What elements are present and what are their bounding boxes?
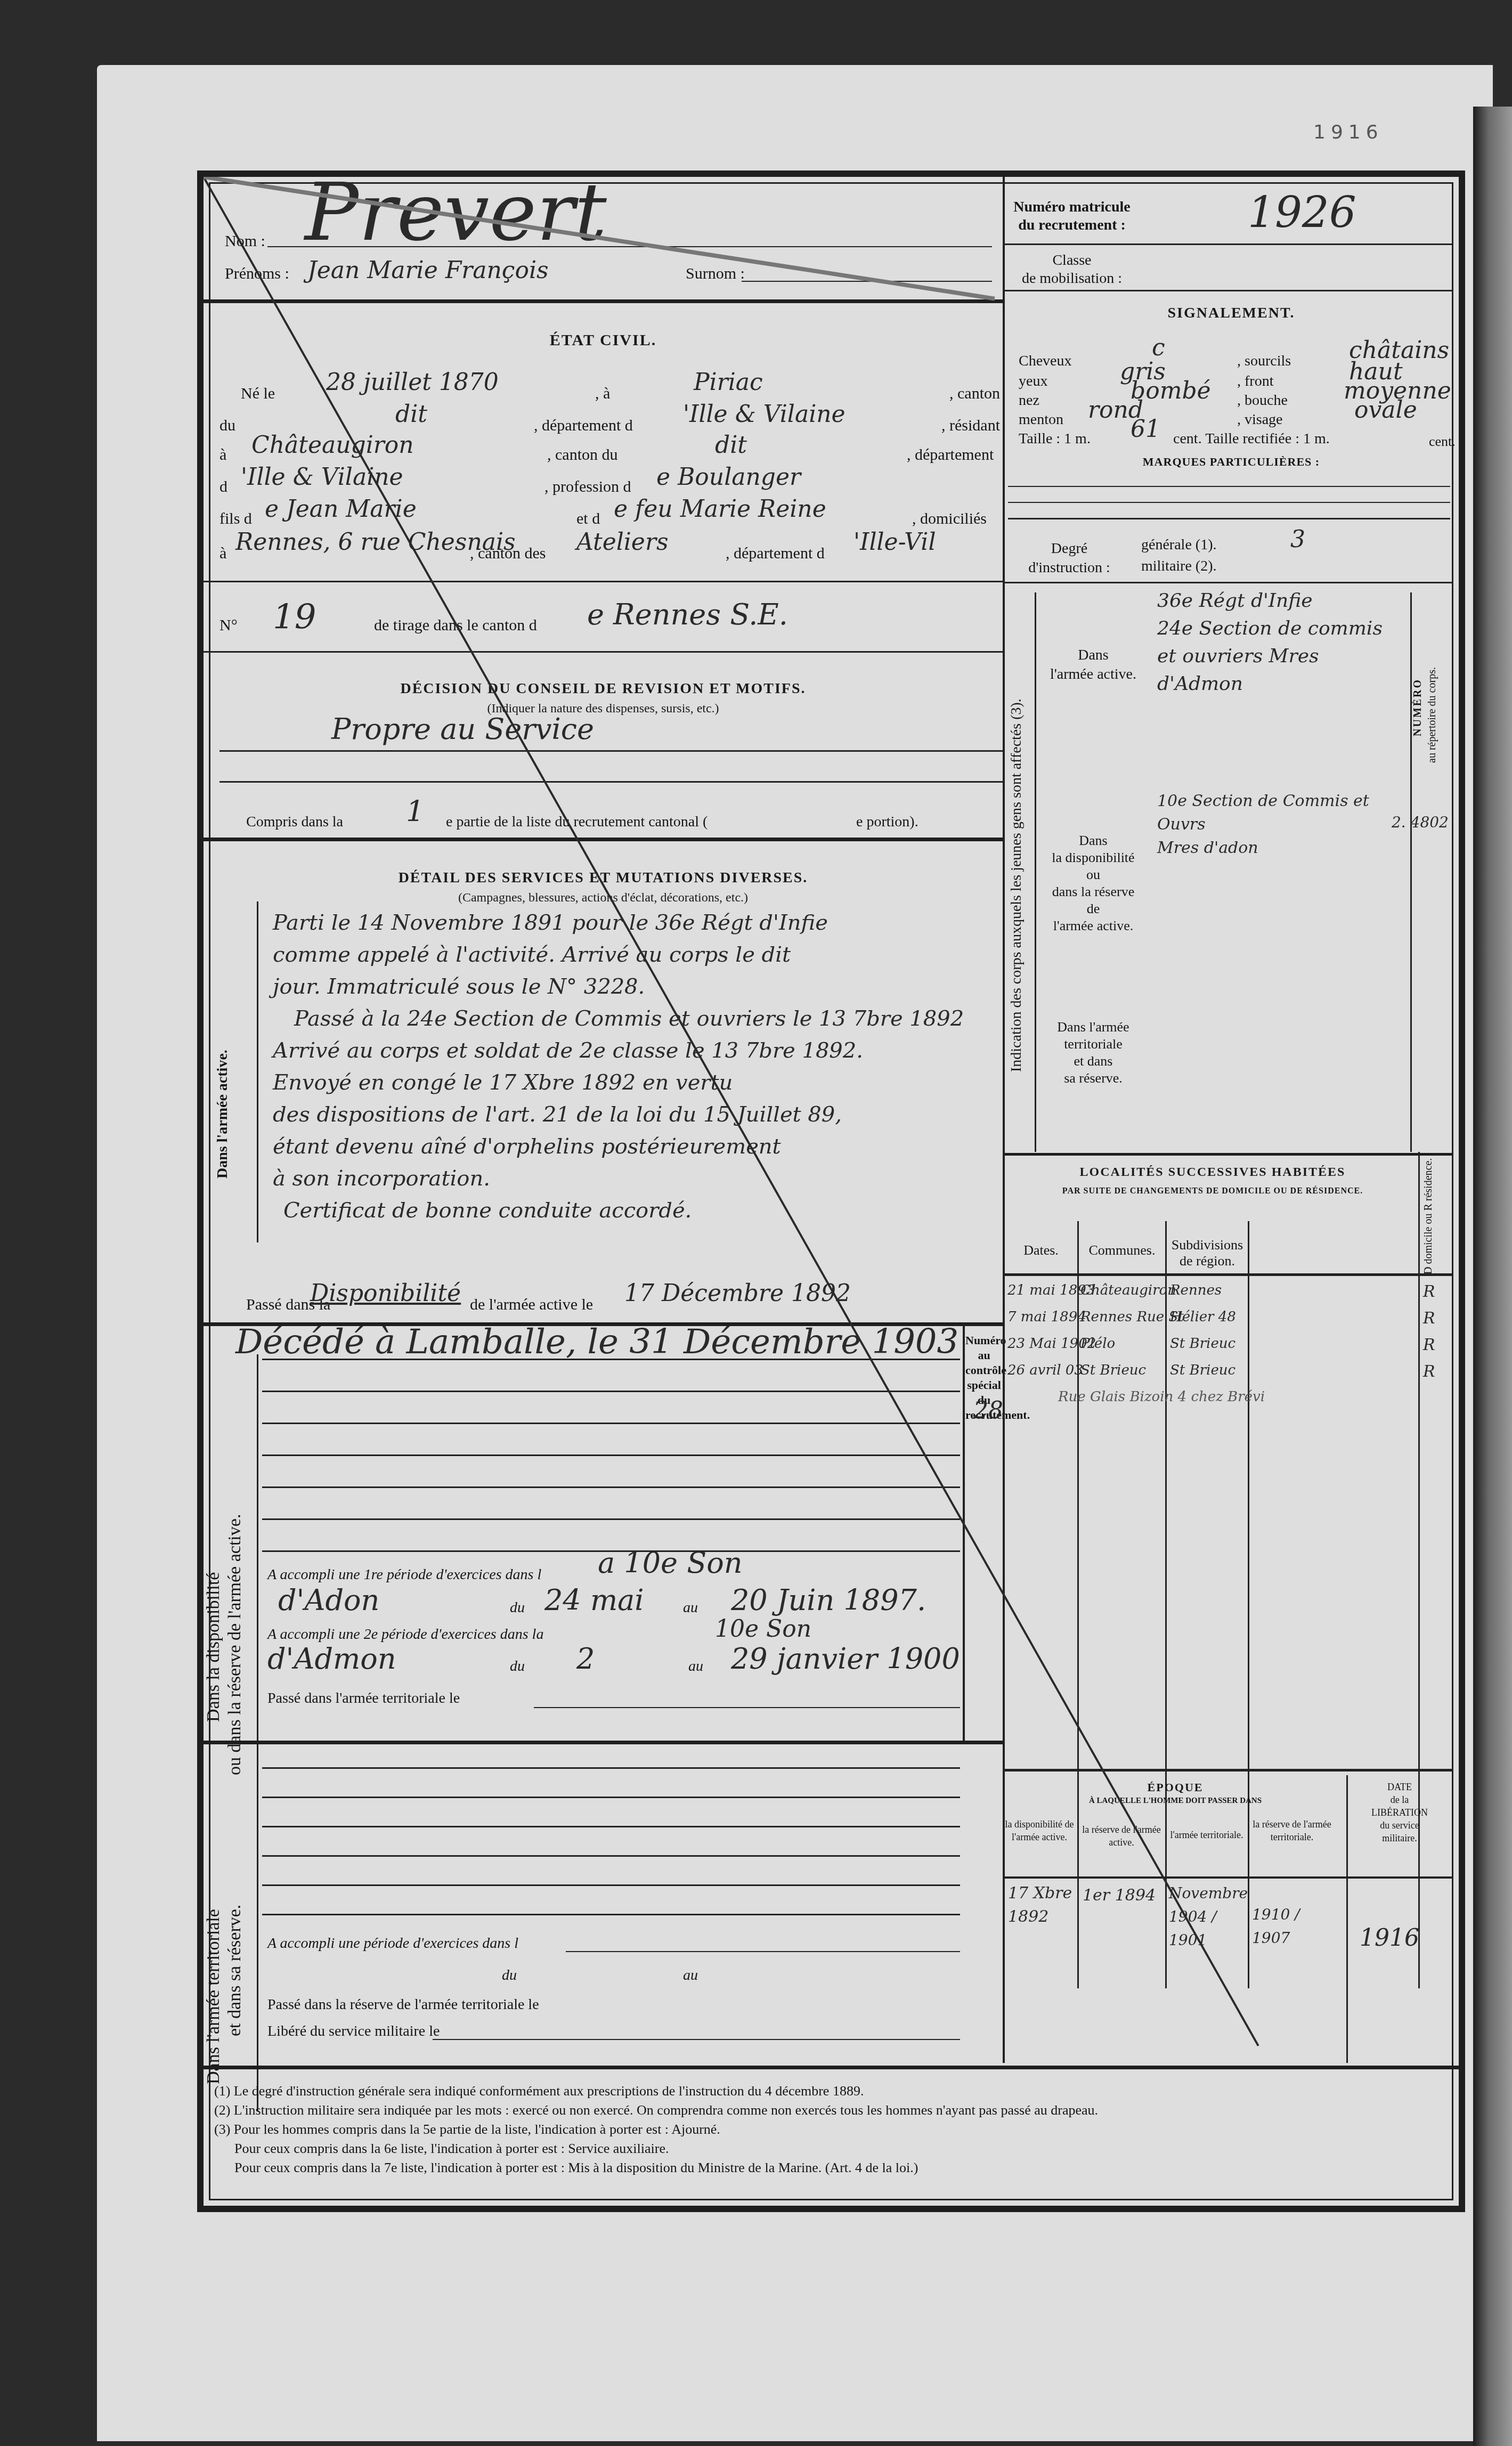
canton-domicile: Ateliers — [576, 529, 669, 556]
residence: Châteaugiron — [251, 432, 414, 459]
profession: e Boulanger — [656, 464, 801, 491]
canton-du-label: , canton du — [547, 446, 617, 464]
localites-subtitle: PAR SUITE DE CHANGEMENTS DE DOMICILE OU … — [1005, 1187, 1420, 1196]
generale-label: générale (1). — [1141, 537, 1216, 554]
classe-label: Classe de mobilisation : — [1008, 251, 1136, 288]
period2-label: A accompli une 2e période d'exercices da… — [267, 1626, 543, 1643]
d-label: d — [220, 478, 227, 496]
epoque-subtitle: À LAQUELLE L'HOMME DOIT PASSER DANS — [1005, 1797, 1346, 1806]
lieu-naissance: Piriac — [694, 369, 763, 396]
departement-residence: 'Ille & Vilaine — [241, 464, 403, 491]
terr-au-label: au — [683, 1967, 698, 1984]
prenoms-value: Jean Marie François — [307, 257, 549, 284]
epoque-col-reserve-active: la réserve de l'armée active. — [1079, 1823, 1164, 1849]
signalement-title: SIGNALEMENT. — [1005, 305, 1458, 322]
liberation-value: 1916 — [1360, 1924, 1419, 1952]
visage-label: , visage — [1237, 411, 1283, 428]
table-row: 26 avril 03 St Brieuc St Brieuc R — [1005, 1362, 1452, 1389]
side-label-terr-1: Dans l'armée territoriale — [204, 1909, 224, 2084]
side-label-active: Dans l'armée active. — [214, 1050, 231, 1179]
canton-naissance: dit — [395, 401, 427, 428]
register-form: Prevert Nom : Prénoms : Jean Marie Franç… — [197, 170, 1465, 2212]
side-label-dispo-1: Dans la disponibilité — [204, 1572, 224, 1722]
service-line: Arrivé au corps et soldat de 2e classe l… — [273, 1035, 997, 1067]
marques-label: MARQUES PARTICULIÈRES : — [1005, 455, 1458, 469]
cheveux-value: c — [1152, 334, 1165, 361]
service-line: jour. Immatriculé sous le N° 3228. — [273, 971, 997, 1003]
passe-value: Disponibilité — [310, 1280, 461, 1307]
epoque-col-dispo: la disponibilité de l'armée active. — [1005, 1818, 1074, 1843]
controle-value: 28 — [973, 1397, 1003, 1424]
matricule-value: 1926 — [1248, 188, 1356, 237]
footnote: Pour ceux compris dans la 6e liste, l'in… — [214, 2139, 1450, 2158]
period2-du-label: du — [510, 1658, 525, 1675]
domicile-a-label: à — [220, 545, 226, 563]
footnote: Pour ceux compris dans la 7e liste, l'in… — [214, 2158, 1450, 2177]
terr-du-label: du — [502, 1967, 517, 1984]
services-lines: Parti le 14 Novembre 1891 pour le 36e Ré… — [273, 907, 997, 1226]
decision-subtitle: (Indiquer la nature des dispenses, sursi… — [204, 702, 1003, 716]
departement2-label: , département — [907, 446, 994, 464]
numero-repertoire-label-1: NUMÉRO — [1412, 678, 1424, 736]
decision-title: DÉCISION DU CONSEIL DE REVISION ET MOTIF… — [204, 680, 1003, 697]
compris-label: Compris dans la — [246, 814, 343, 831]
etat-civil-title: ÉTAT CIVIL. — [204, 331, 1003, 350]
col-dr: D domicile ou R résidence. — [1422, 1189, 1435, 1274]
table-row: 21 mai 1893 Châteaugiron Rennes R — [1005, 1282, 1452, 1309]
terr-reserve-label: Passé dans la réserve de l'armée territo… — [267, 1996, 539, 2013]
corps-active-label: Dans l'armée active. — [1040, 646, 1147, 684]
period1-du-label: du — [510, 1599, 525, 1616]
corps-active-line: et ouvriers Mres d'Admon — [1157, 643, 1402, 698]
localites-title: LOCALITÉS SUCCESSIVES HABITÉES — [1005, 1165, 1420, 1180]
yeux-label: yeux — [1019, 373, 1047, 390]
menton-label: menton — [1019, 411, 1063, 428]
visage-value: ovale — [1354, 396, 1417, 424]
period2-corps: 10e Son — [715, 1615, 811, 1643]
service-line: Envoyé en congé le 17 Xbre 1892 en vertu — [273, 1067, 997, 1099]
epoque-col-territoriale: l'armée territoriale. — [1167, 1829, 1247, 1841]
no-label: N° — [220, 616, 238, 635]
generale-value: 3 — [1290, 526, 1305, 553]
service-line: des dispositions de l'art. 21 de la loi … — [273, 1099, 997, 1131]
epoque-col-reserve-terr: la réserve de l'armée territoriale. — [1249, 1818, 1335, 1843]
militaire-label: militaire (2). — [1141, 558, 1217, 575]
terr-period-label: A accompli une période d'exercices dans … — [267, 1935, 518, 1952]
terr-libere-label: Libéré du service militaire le — [267, 2023, 440, 2040]
corps-active-line: 24e Section de commis — [1157, 615, 1402, 643]
services-subtitle: (Campagnes, blessures, actions d'éclat, … — [204, 891, 1003, 905]
localites-table: 21 mai 1893 Châteaugiron Rennes R 7 mai … — [1005, 1282, 1452, 1416]
du-label: du — [220, 417, 235, 435]
departement3-label: , département d — [726, 545, 825, 563]
period2-corps2: d'Admon — [267, 1642, 396, 1676]
period1-du: 24 mai — [544, 1583, 644, 1617]
table-row: 7 mai 1894 Rennes Rue St Hélier 48 R — [1005, 1309, 1452, 1336]
period1-corps: a 10e Son — [598, 1546, 742, 1580]
cent2-label: cent. — [1429, 434, 1456, 450]
taille-label: Taille : 1 m. — [1019, 430, 1091, 448]
cent-label: cent. Taille rectifiée : 1 m. — [1173, 430, 1330, 448]
nom-label: Nom : — [225, 232, 265, 250]
corps-dispo-line: Mres d'adon — [1157, 836, 1402, 860]
corps-dispo-line: 10e Section de Commis et Ouvrs — [1157, 790, 1402, 836]
col-subdivisions: Subdivisions de région. — [1167, 1237, 1248, 1269]
service-line: Passé à la 24e Section de Commis et ouvr… — [273, 1003, 997, 1035]
departement-domicile: 'Ille-Vil — [853, 529, 936, 556]
ne-le-label: Né le — [241, 385, 275, 403]
cheveux-label: Cheveux — [1019, 353, 1072, 370]
col-dates: Dates. — [1005, 1242, 1077, 1258]
period1-au: 20 Juin 1897. — [731, 1583, 926, 1617]
epoque-reserve-active-value: 1er 1894 — [1083, 1882, 1163, 1909]
decision-value: Propre au Service — [331, 712, 594, 746]
residant-label: , résidant — [941, 417, 1000, 435]
canton-label: , canton — [949, 385, 1000, 403]
footnote: (1) Le degré d'instruction générale sera… — [214, 2082, 1450, 2101]
side-label-terr-2: et dans sa réserve. — [225, 1905, 245, 2036]
nom-value: Prevert — [305, 166, 607, 259]
departement-label: , département d — [534, 417, 633, 435]
table-row: Rue Glais Bizoin 4 chez Brévi — [1005, 1389, 1452, 1416]
a-label: , à — [595, 385, 610, 403]
epoque-dispo-value: 17 Xbre 1892 — [1008, 1882, 1077, 1929]
canton-residence: dit — [715, 432, 747, 459]
corps-dispo-label: Dans la disponibilité ou dans la réserve… — [1040, 832, 1147, 934]
taille-value: 61 — [1131, 416, 1160, 443]
service-line: étant devenu aîné d'orphelins postérieur… — [273, 1131, 997, 1163]
tirage-label: de tirage dans le canton d — [374, 616, 537, 635]
mere: e feu Marie Reine — [614, 495, 826, 523]
date-naissance: 28 juillet 1870 — [326, 369, 499, 396]
service-line: Parti le 14 Novembre 1891 pour le 36e Ré… — [273, 907, 997, 939]
period2-au-label: au — [688, 1658, 703, 1675]
domicilies-label: , domiciliés — [912, 510, 987, 528]
nez-label: nez — [1019, 392, 1039, 409]
instruction-label: Degré d'instruction : — [1013, 539, 1125, 578]
profession-label: , profession d — [544, 478, 631, 496]
departement-naissance: 'Ille & Vilaine — [683, 401, 846, 428]
period1-corps2: d'Adon — [278, 1583, 379, 1617]
sourcils-label: , sourcils — [1237, 353, 1291, 370]
corps-dispo-values: 10e Section de Commis et Ouvrs Mres d'ad… — [1157, 790, 1402, 860]
et-label: et d — [576, 510, 600, 528]
portion-label: e portion). — [856, 814, 918, 831]
period2-du: 2 — [576, 1642, 595, 1676]
corps-active-values: 36e Régt d'Infie 24e Section de commis e… — [1157, 587, 1402, 698]
surnom-label: Surnom : — [686, 265, 745, 283]
deces-mention: Décédé à Lamballe, le 31 Décembre 1903 — [235, 1322, 958, 1362]
corps-terr-label: Dans l'armée territoriale et dans sa rés… — [1040, 1019, 1147, 1087]
corps-side-label: Indication des corps auxquels les jeunes… — [1008, 698, 1025, 1072]
passe-date: 17 Décembre 1892 — [624, 1280, 851, 1307]
table-row: 23 Mai 1902 Plélo St Brieuc R — [1005, 1336, 1452, 1362]
epoque-reserve-terr-value: 1910 / 1907 — [1252, 1903, 1332, 1950]
liberation-header: DATE de la LIBÉRATION du service militai… — [1349, 1781, 1450, 1844]
corps-active-line: 36e Régt d'Infie — [1157, 587, 1402, 615]
canton-des-label: , canton des — [470, 545, 546, 563]
binding-spine — [1473, 107, 1512, 2446]
numero-repertoire-label-2: au répertoire du corps. — [1426, 667, 1438, 763]
corner-annotation: 1916 — [1313, 121, 1384, 143]
residant-a-label: à — [220, 446, 226, 464]
epoque-title: ÉPOQUE — [1005, 1781, 1346, 1794]
period1-label: A accompli une 1re période d'exercices d… — [267, 1566, 541, 1583]
front-label: , front — [1237, 373, 1273, 390]
footnotes: (1) Le degré d'instruction générale sera… — [214, 2082, 1450, 2177]
matricule-label: Numéro matricule du recrutement : — [1008, 198, 1136, 234]
fils-label: fils d — [220, 510, 252, 528]
epoque-territoriale-value: Novembre 1904 / 1901 — [1169, 1882, 1249, 1952]
territoriale-label: Passé dans l'armée territoriale le — [267, 1690, 460, 1707]
bouche-label: , bouche — [1237, 392, 1288, 409]
period2-au: 29 janvier 1900 — [731, 1642, 960, 1676]
pere: e Jean Marie — [265, 495, 417, 523]
passe-label2: de l'armée active le — [470, 1296, 593, 1314]
canton-tirage: e Rennes S.E. — [587, 598, 788, 631]
numero-tirage: 19 — [273, 598, 316, 637]
service-line: à son incorporation. — [273, 1163, 997, 1194]
side-label-dispo-2: ou dans la réserve de l'armée active. — [225, 1514, 245, 1775]
footnote: (2) L'instruction militaire sera indiqué… — [214, 2101, 1450, 2120]
partie-liste: 1 — [406, 795, 424, 828]
services-title: DÉTAIL DES SERVICES ET MUTATIONS DIVERSE… — [204, 869, 1003, 887]
service-line: comme appelé à l'activité. Arrivé au cor… — [273, 939, 997, 971]
partie-label: e partie de la liste du recrutement cant… — [446, 814, 708, 831]
period1-au-label: au — [683, 1599, 698, 1616]
footnote: (3) Pour les hommes compris dans la 5e p… — [214, 2120, 1450, 2139]
corps-dispo-numero: 2. 4802 — [1392, 814, 1449, 831]
service-line: Certificat de bonne conduite accordé. — [273, 1194, 997, 1226]
col-communes: Communes. — [1079, 1242, 1165, 1258]
prenoms-label: Prénoms : — [225, 265, 289, 283]
